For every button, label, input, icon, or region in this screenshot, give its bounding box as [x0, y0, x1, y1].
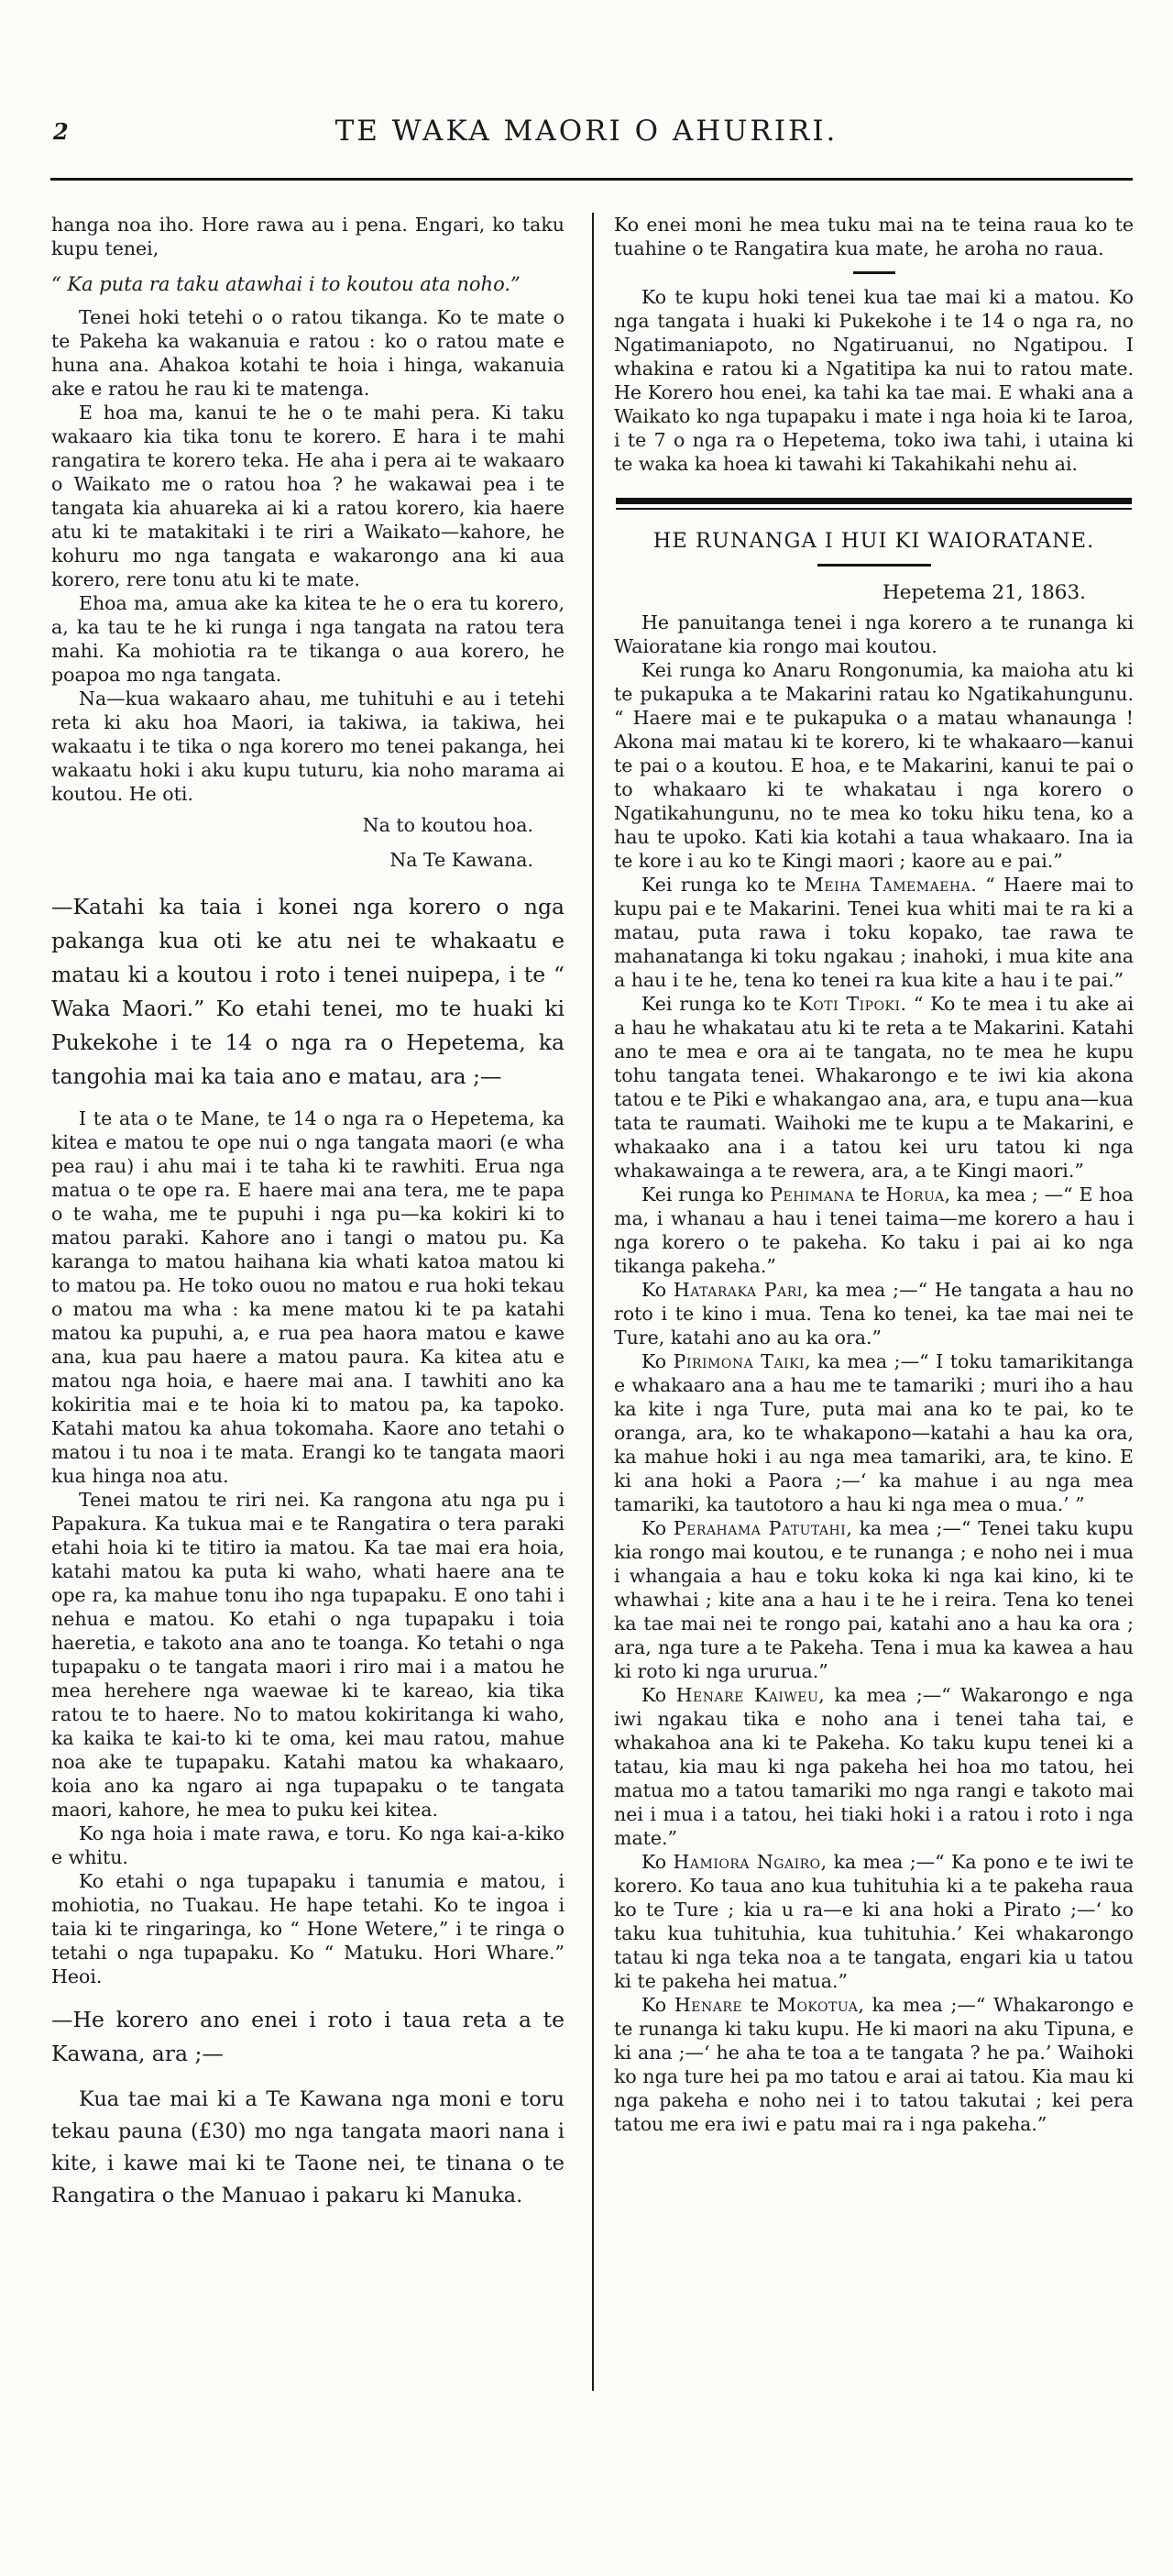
text-run: I te ata o te Mane, te 14 o nga ra o Hep… [51, 1107, 565, 1487]
paragraph: Kei runga ko Anaru Rongonumia, ka maioha… [614, 658, 1134, 873]
paragraph: Tenei matou te riri nei. Ka rangona atu … [51, 1488, 565, 1822]
speaker-name: Horua [886, 1183, 945, 1205]
text-run: Ko nga hoia i mate rawa, e toru. Ko nga … [51, 1822, 565, 1868]
paragraph: He panuitanga tenei i nga korero a te ru… [614, 611, 1134, 658]
speaker-name: Henare Kaiweu [676, 1684, 819, 1706]
speaker-name: Koti Tipoki [798, 993, 900, 1015]
text-run: , ka mea ;—“ Wakarongo e nga iwi ngakau … [614, 1684, 1134, 1849]
quotation: “ Ka puta ra taku atawhai i to koutou at… [51, 272, 565, 296]
paragraph: Ko Pirimona Taiki, ka mea ;—“ I toku tam… [614, 1349, 1134, 1516]
text-run: Ko [641, 1350, 674, 1372]
paragraph: hanga noa iho. Hore rawa au i pena. Enga… [51, 213, 565, 260]
paragraph: Ko Hamiora Ngairo, ka mea ;—“ Ka pono e … [614, 1850, 1134, 1993]
paragraph: Kei runga ko te Meiha Tamemaeha. “ Haere… [614, 873, 1134, 992]
text-run: E hoa ma, kanui te he o te mahi pera. Ki… [51, 402, 565, 590]
section-heading: HE RUNANGA I HUI KI WAIORATANE. [614, 529, 1134, 553]
header-rule [50, 178, 1133, 181]
text-run: hanga noa iho. Hore rawa au i pena. Enga… [51, 214, 565, 259]
paragraph: I te ata o te Mane, te 14 o nga ra o Hep… [51, 1106, 565, 1488]
speaker-name: Henare [674, 1994, 742, 2016]
text-run: Na to koutou hoa. [363, 814, 533, 836]
paragraph: Kua tae mai ki a Te Kawana nga moni e to… [51, 2084, 565, 2212]
text-run: Ko etahi o nga tupapaku i tanumia e mato… [51, 1870, 565, 1987]
text-run: , ka mea ;—“ Tenei taku kupu kia rongo m… [614, 1517, 1134, 1682]
right-column: Ko enei moni he mea tuku mai na te teina… [614, 213, 1134, 2136]
text-run: Hepetema 21, 1863. [882, 581, 1086, 604]
paragraph: Ko Henare te Mokotua, ka mea ;—“ Whakaro… [614, 1993, 1134, 2136]
signature-line: Na to koutou hoa. [51, 810, 565, 841]
speaker-name: Hamiora Ngairo [674, 1851, 821, 1873]
paragraph: Ko te kupu hoki tenei kua tae mai ki a m… [614, 285, 1134, 476]
speaker-name: Hataraka Pari [674, 1279, 803, 1301]
paragraph: Ko Hataraka Pari, ka mea ;—“ He tangata … [614, 1278, 1134, 1349]
text-run: He panuitanga tenei i nga korero a te ru… [614, 611, 1134, 657]
text-run: Tenei hoki tetehi o o ratou tikanga. Ko … [51, 306, 565, 400]
heading-underline-rule [817, 564, 931, 567]
text-run: Ehoa ma, amua ake ka kitea te he o era t… [51, 592, 565, 686]
paragraph: E hoa ma, kanui te he o te mahi pera. Ki… [51, 401, 565, 591]
text-run: Kei runga ko te [641, 874, 805, 896]
paragraph: Ko etahi o nga tupapaku i tanumia e mato… [51, 1869, 565, 1988]
paragraph: Na—kua wakaaro ahau, me tuhituhi e au i … [51, 687, 565, 806]
text-run: . “ Ko te mea i tu ake ai a hau he whaka… [614, 993, 1134, 1182]
paragraph: —He korero ano enei i roto i taua reta a… [51, 2003, 565, 2071]
article-top-rule [616, 498, 1132, 510]
text-run: Tenei matou te riri nei. Ka rangona atu … [51, 1489, 565, 1821]
text-run: Ko [641, 1684, 676, 1706]
paragraph: —Katahi ka taia i konei nga korero o nga… [51, 890, 565, 1094]
speaker-name: Meiha Tamemaeha [805, 874, 970, 896]
text-run: —Katahi ka taia i konei nga korero o nga… [51, 894, 565, 1089]
text-run: Kua tae mai ki a Te Kawana nga moni e to… [51, 2087, 565, 2207]
paragraph: Ko nga hoia i mate rawa, e toru. Ko nga … [51, 1822, 565, 1869]
paragraph: Ko Henare Kaiweu, ka mea ;—“ Wakarongo e… [614, 1683, 1134, 1850]
text-run: Kei runga ko Anaru Rongonumia, ka maioha… [614, 659, 1134, 872]
masthead-title: TE WAKA MAORI O AHURIRI. [0, 115, 1173, 148]
speaker-name: Mokotua [777, 1994, 858, 2016]
text-run: te [855, 1183, 886, 1205]
paragraph: Kei runga ko te Koti Tipoki. “ Ko te mea… [614, 992, 1134, 1183]
text-run: Ko [641, 1517, 674, 1539]
text-run: , ka mea ;—“ I toku tamarikitanga e whak… [614, 1350, 1134, 1515]
text-run: —He korero ano enei i roto i taua reta a… [51, 2007, 565, 2066]
text-run: HE RUNANGA I HUI KI WAIORATANE. [653, 529, 1094, 553]
text-run: Ko [641, 1279, 674, 1301]
text-run: Na Te Kawana. [389, 849, 533, 871]
text-run: “ Ka puta ra taku atawhai i to koutou at… [51, 273, 521, 295]
text-run: te [742, 1994, 777, 2016]
speaker-name: Pehimana [770, 1183, 855, 1205]
speaker-name: Pirimona Taiki [674, 1350, 805, 1372]
column-divider [592, 213, 594, 2391]
paragraph: Ko Perahama Patutahi, ka mea ;—“ Tenei t… [614, 1516, 1134, 1683]
text-run: Kei runga ko te [641, 993, 798, 1015]
signature-line: Na Te Kawana. [51, 845, 565, 875]
left-column: hanga noa iho. Hore rawa au i pena. Enga… [51, 213, 565, 2212]
speaker-name: Perahama Patutahi [674, 1517, 846, 1539]
dateline: Hepetema 21, 1863. [614, 581, 1134, 605]
paragraph: Kei runga ko Pehimana te Horua, ka mea ;… [614, 1183, 1134, 1278]
text-run: Kei runga ko [641, 1183, 770, 1205]
section-separator-rule [853, 271, 895, 274]
text-run: Ko [641, 1851, 674, 1873]
text-run: Ko enei moni he mea tuku mai na te teina… [614, 214, 1134, 259]
text-run: Na—kua wakaaro ahau, me tuhituhi e au i … [51, 688, 565, 805]
paragraph: Ko enei moni he mea tuku mai na te teina… [614, 213, 1134, 260]
text-run: Ko [641, 1994, 674, 2016]
text-run: Ko te kupu hoki tenei kua tae mai ki a m… [614, 286, 1134, 475]
paragraph: Ehoa ma, amua ake ka kitea te he o era t… [51, 591, 565, 687]
paragraph: Tenei hoki tetehi o o ratou tikanga. Ko … [51, 305, 565, 401]
